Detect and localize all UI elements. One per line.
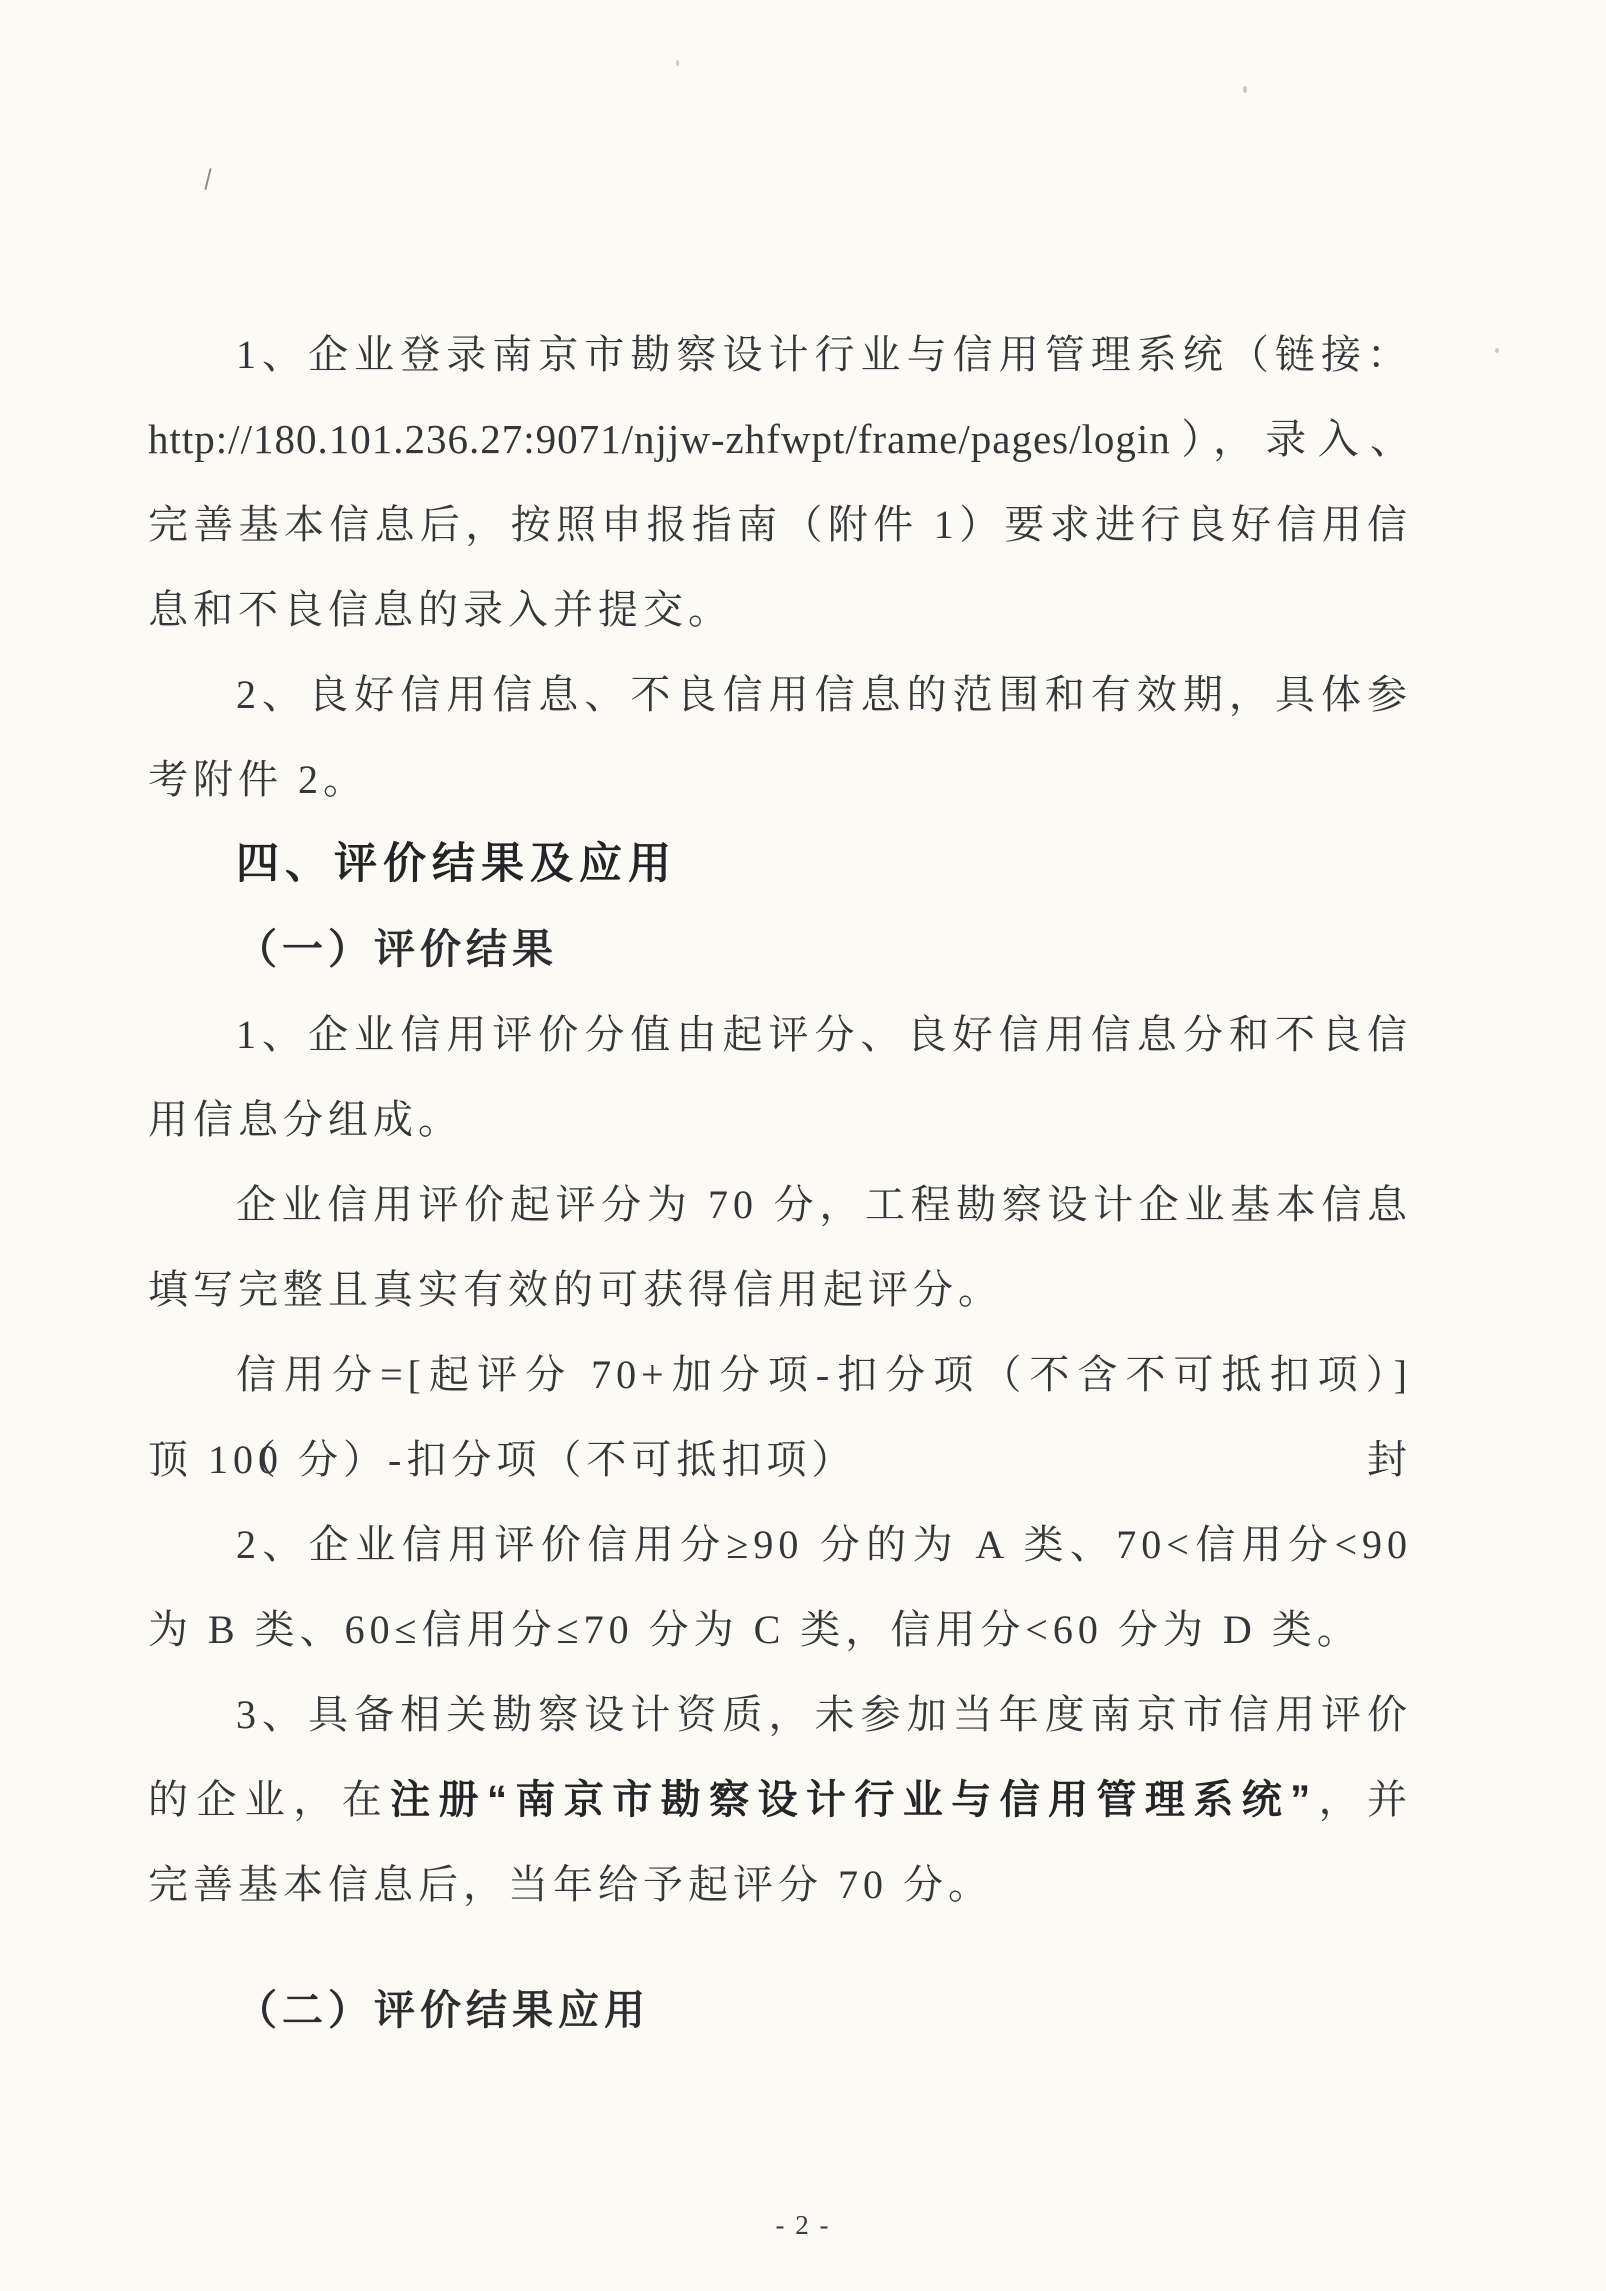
text-run: 的企业，在 [148, 1777, 390, 1822]
subsection-heading-2: （二）评价结果应用 [148, 1968, 1412, 2053]
section-heading: 四、评价结果及应用 [148, 822, 1412, 907]
scan-artifact [676, 60, 679, 66]
document-body: 1、企业登录南京市勘察设计行业与信用管理系统（链接： http://180.10… [148, 312, 1412, 2053]
text-line: 企业信用评价起评分为 70 分，工程勘察设计企业基本信息 [148, 1162, 1412, 1247]
text-line: 1、企业登录南京市勘察设计行业与信用管理系统（链接： [148, 312, 1412, 397]
text-line: 为 B 类、60≤信用分≤70 分为 C 类，信用分<60 分为 D 类。 [148, 1587, 1412, 1672]
formula-line: 信用分=[起评分 70+加分项-扣分项（不含不可抵扣项）]（封 [148, 1332, 1412, 1417]
scan-artifact [1495, 348, 1499, 353]
text-line: 完善基本信息后，当年给予起评分 70 分。 [148, 1842, 1412, 1927]
text-line: 3、具备相关勘察设计资质，未参加当年度南京市信用评价 [148, 1672, 1412, 1757]
scanned-document-page: 1、企业登录南京市勘察设计行业与信用管理系统（链接： http://180.10… [0, 0, 1606, 2291]
text-line: 2、良好信用信息、不良信用信息的范围和有效期，具体参 [148, 652, 1412, 737]
text-line: 填写完整且真实有效的可获得信用起评分。 [148, 1247, 1412, 1332]
text-line-mixed: 的企业，在注册“南京市勘察设计行业与信用管理系统”，并 [148, 1757, 1412, 1842]
bold-system-name: 注册“南京市勘察设计行业与信用管理系统” [390, 1778, 1315, 1822]
text-run: ，并 [1315, 1777, 1412, 1822]
text-line: 息和不良信息的录入并提交。 [148, 567, 1412, 652]
text-line: 完善基本信息后，按照申报指南（附件 1）要求进行良好信用信 [148, 482, 1412, 567]
text-line: 1、企业信用评价分值由起评分、良好信用信息分和不良信 [148, 992, 1412, 1077]
scan-artifact [204, 168, 211, 190]
text-line: 2、企业信用评价信用分≥90 分的为 A 类、70<信用分<90 [148, 1502, 1412, 1587]
page-number: - 2 - [0, 2205, 1606, 2245]
subsection-heading-1: （一）评价结果 [148, 907, 1412, 992]
text-line: 用信息分组成。 [148, 1077, 1412, 1162]
text-line: 考附件 2。 [148, 737, 1412, 822]
url-line: http://180.101.236.27:9071/njjw-zhfwpt/f… [148, 397, 1412, 482]
scan-artifact [1243, 86, 1247, 93]
